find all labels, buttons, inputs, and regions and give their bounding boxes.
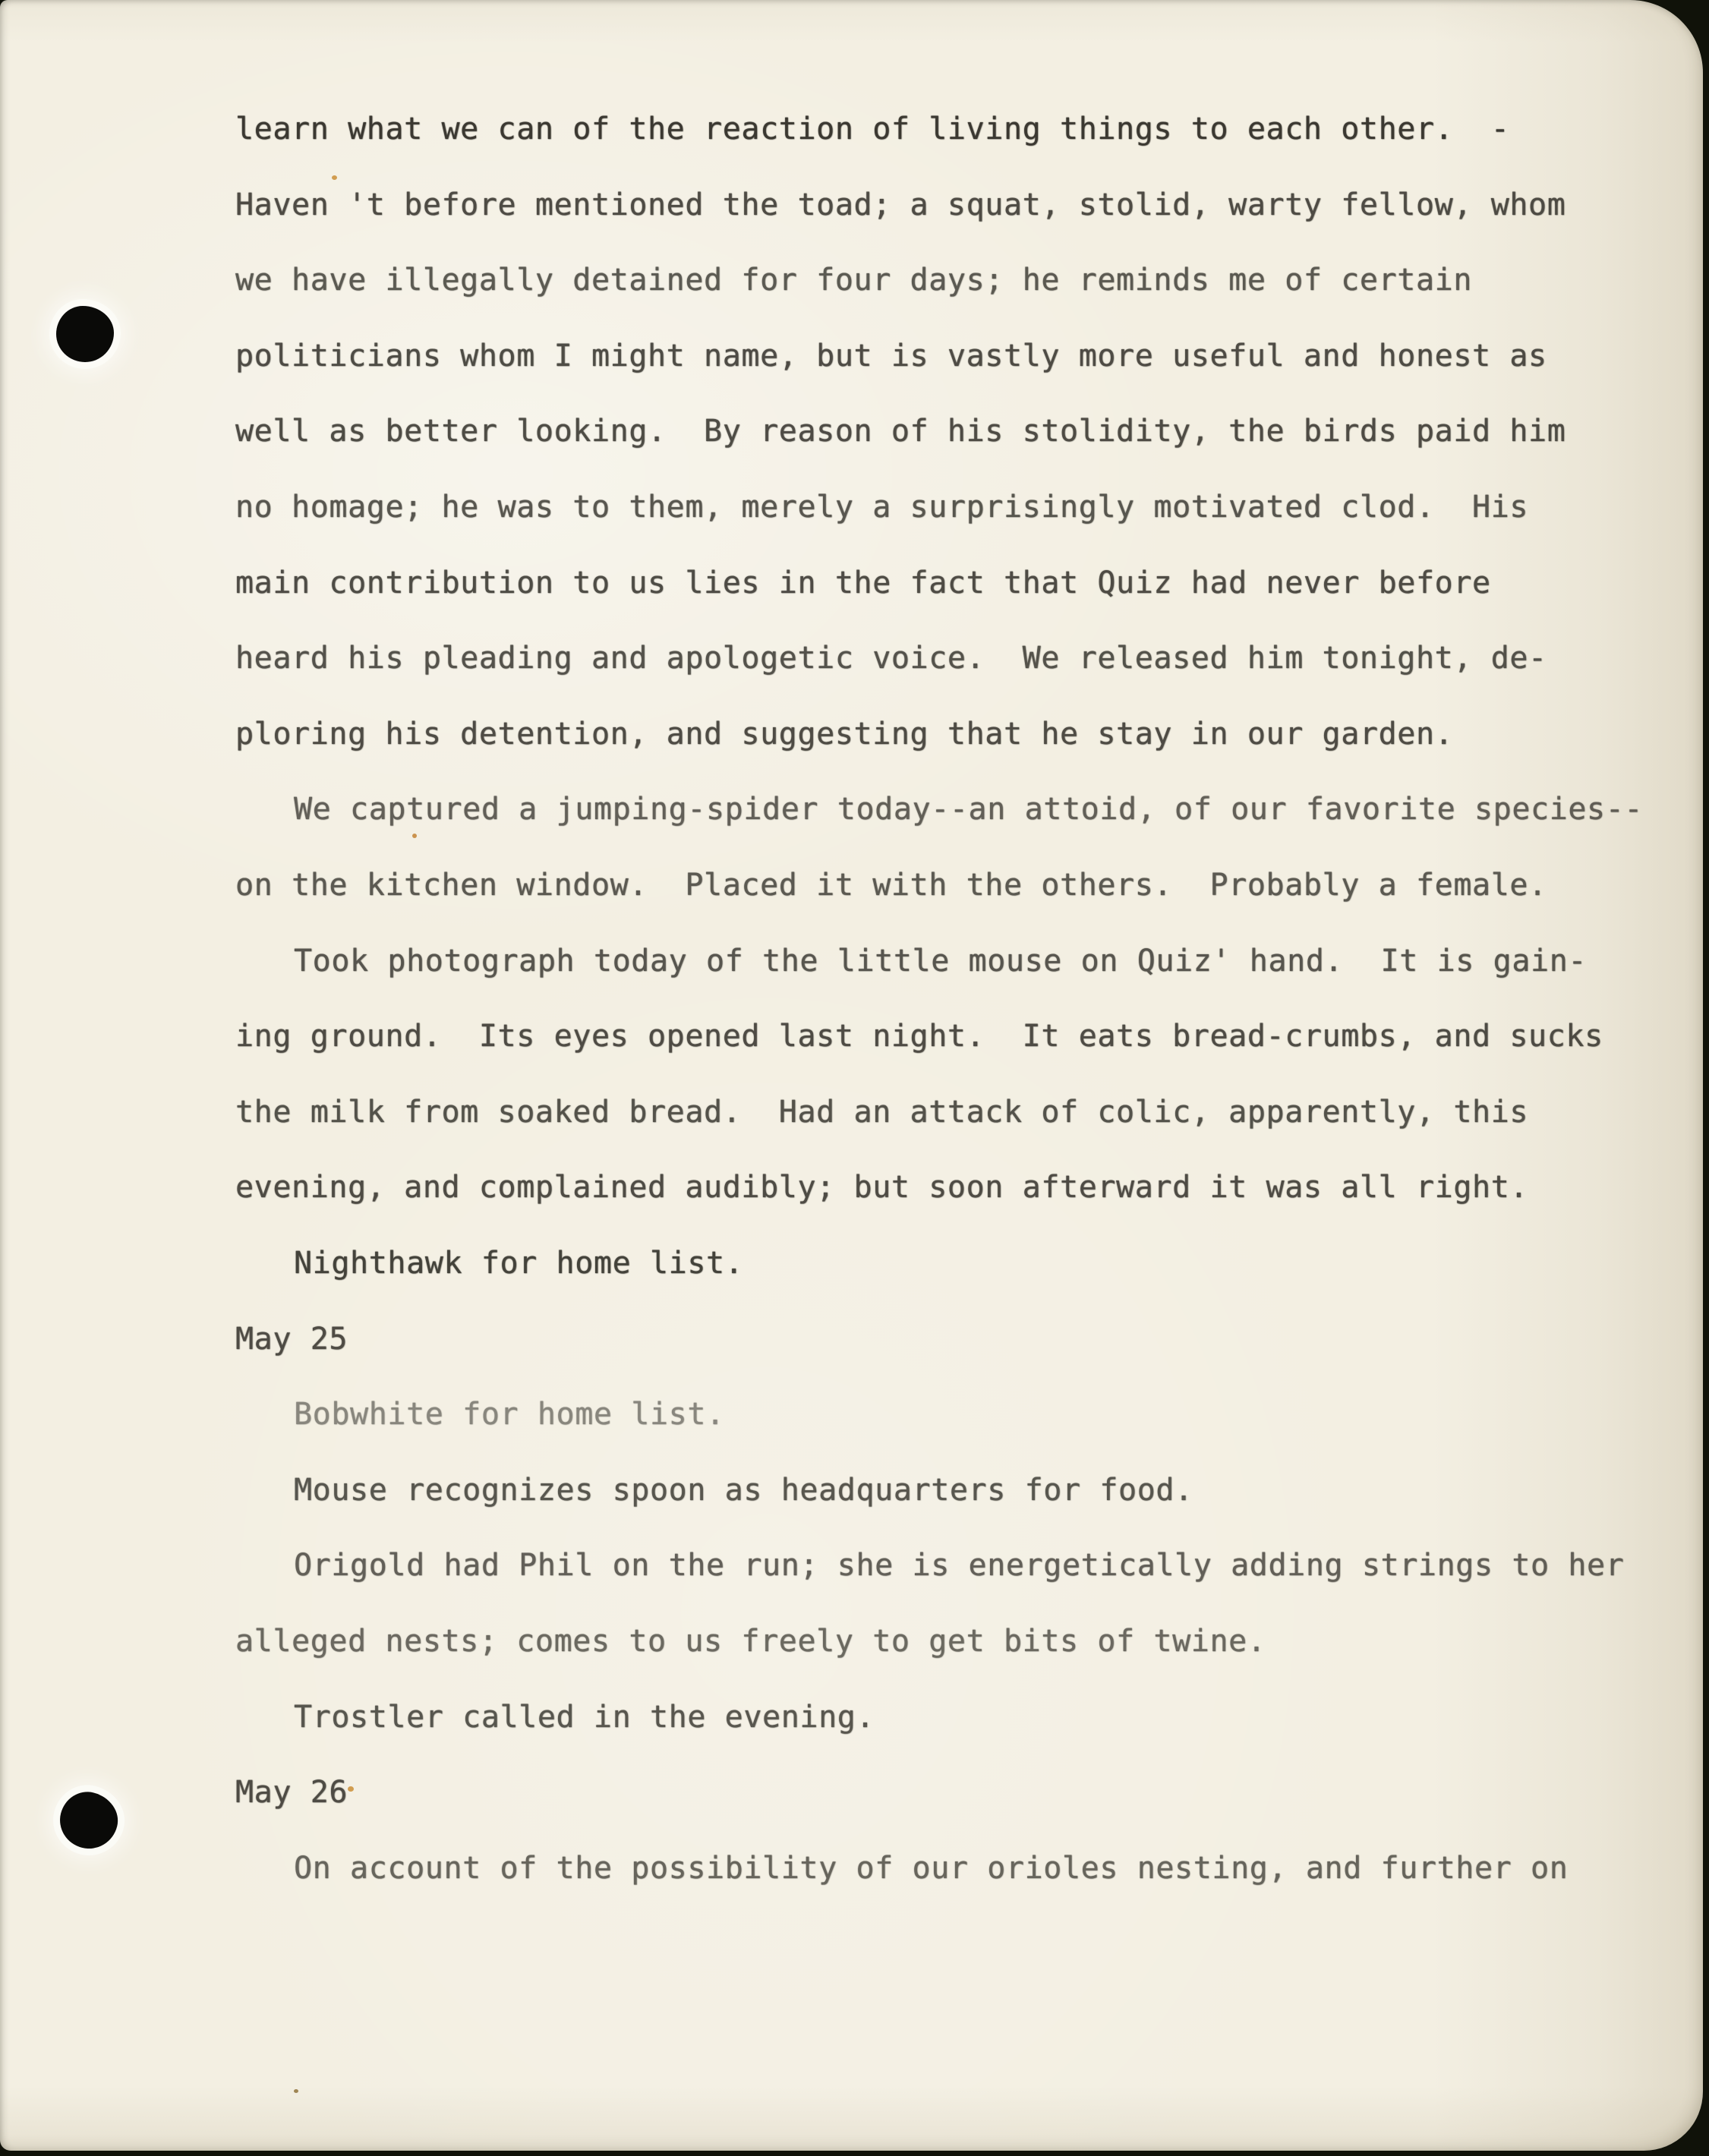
text-line: Took photograph today of the little mous… — [294, 946, 1587, 976]
typewritten-page: learn what we can of the reaction of liv… — [0, 0, 1703, 2151]
text-line: learn what we can of the reaction of liv… — [235, 114, 1509, 144]
text-line: on the kitchen window. Placed it with th… — [235, 870, 1547, 900]
text-line: May 25 — [235, 1324, 348, 1354]
scanned-document: learn what we can of the reaction of liv… — [0, 0, 1709, 2156]
text-line: On account of the possibility of our ori… — [294, 1853, 1568, 1883]
text-line: Haven 't before mentioned the toad; a sq… — [235, 190, 1566, 220]
text-line: ploring his detention, and suggesting th… — [235, 719, 1453, 749]
text-line: evening, and complained audibly; but soo… — [235, 1172, 1528, 1203]
text-line: We captured a jumping-spider today--an a… — [294, 794, 1643, 824]
text-line: alleged nests; comes to us freely to get… — [235, 1626, 1266, 1656]
text-line: no homage; he was to them, merely a surp… — [235, 492, 1528, 522]
text-line: Trostler called in the evening. — [294, 1702, 875, 1732]
text-line: May 26 — [235, 1777, 348, 1808]
text-line: Origold had Phil on the run; she is ener… — [294, 1550, 1624, 1581]
text-line: we have illegally detained for four days… — [235, 265, 1472, 295]
text-line: main contribution to us lies in the fact… — [235, 568, 1491, 598]
text-line: Mouse recognizes spoon as headquarters f… — [294, 1475, 1193, 1505]
text-line: Nighthawk for home list. — [294, 1248, 743, 1278]
text-line: Bobwhite for home list. — [294, 1399, 725, 1429]
text-line: the milk from soaked bread. Had an attac… — [235, 1097, 1528, 1127]
text-line: ing ground. Its eyes opened last night. … — [235, 1021, 1603, 1051]
text-line: politicians whom I might name, but is va… — [235, 341, 1547, 371]
text-lines: learn what we can of the reaction of liv… — [0, 0, 1703, 2151]
text-line: well as better looking. By reason of his… — [235, 416, 1566, 446]
text-line: heard his pleading and apologetic voice.… — [235, 643, 1547, 673]
